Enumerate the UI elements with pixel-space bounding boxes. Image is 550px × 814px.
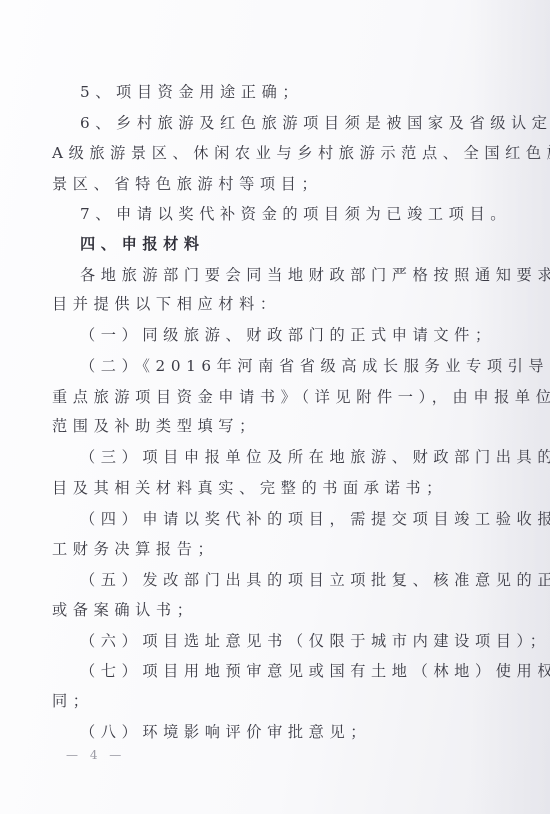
text-line: 重点旅游项目资金申请书》（详见附件一），由申报单位按照申报 — [52, 387, 504, 407]
text-line: 目并提供以下相应材料： — [52, 294, 504, 314]
page-number: — 4 — — [66, 748, 125, 762]
text-line: （六）项目选址意见书（仅限于城市内建设项目）； — [80, 631, 504, 651]
section-heading: 四、申报材料 — [80, 234, 504, 254]
text-line: 目及其相关材料真实、完整的书面承诺书； — [52, 478, 504, 498]
text-line: 各地旅游部门要会同当地财政部门严格按照通知要求筛选项 — [80, 265, 504, 285]
text-line: A级旅游景区、休闲农业与乡村旅游示范点、全国红色旅游经典 — [52, 143, 504, 163]
text-line: （七）项目用地预审意见或国有土地（林地）使用权出让合 — [80, 661, 504, 681]
text-line: 7、申请以奖代补资金的项目须为已竣工项目。 — [80, 204, 504, 224]
text-line: 工财务决算报告； — [52, 539, 504, 559]
text-line: （四）申请以奖代补的项目，需提交项目竣工验收报告和竣 — [80, 509, 504, 529]
text-line: （一）同级旅游、财政部门的正式申请文件； — [80, 325, 504, 345]
text-line: 6、乡村旅游及红色旅游项目须是被国家及省级认定的国家 — [80, 113, 504, 133]
document-page: 5、项目资金用途正确；6、乡村旅游及红色旅游项目须是被国家及省级认定的国家A级旅… — [0, 0, 550, 814]
text-line: 5、项目资金用途正确； — [80, 82, 504, 102]
text-line: （三）项目申报单位及所在地旅游、财政部门出具的保证项 — [80, 447, 504, 467]
text-line: （八）环境影响评价审批意见； — [80, 722, 504, 742]
text-line: 同； — [52, 691, 504, 711]
text-line: 景区、省特色旅游村等项目； — [52, 174, 504, 194]
text-line: （五）发改部门出具的项目立项批复、核准意见的正式文件 — [80, 570, 504, 590]
text-line: 或备案确认书； — [52, 600, 504, 620]
text-line: （二）《2016年河南省省级高成长服务业专项引导资金扶持 — [80, 356, 504, 376]
text-line: 范围及补助类型填写； — [52, 416, 504, 436]
